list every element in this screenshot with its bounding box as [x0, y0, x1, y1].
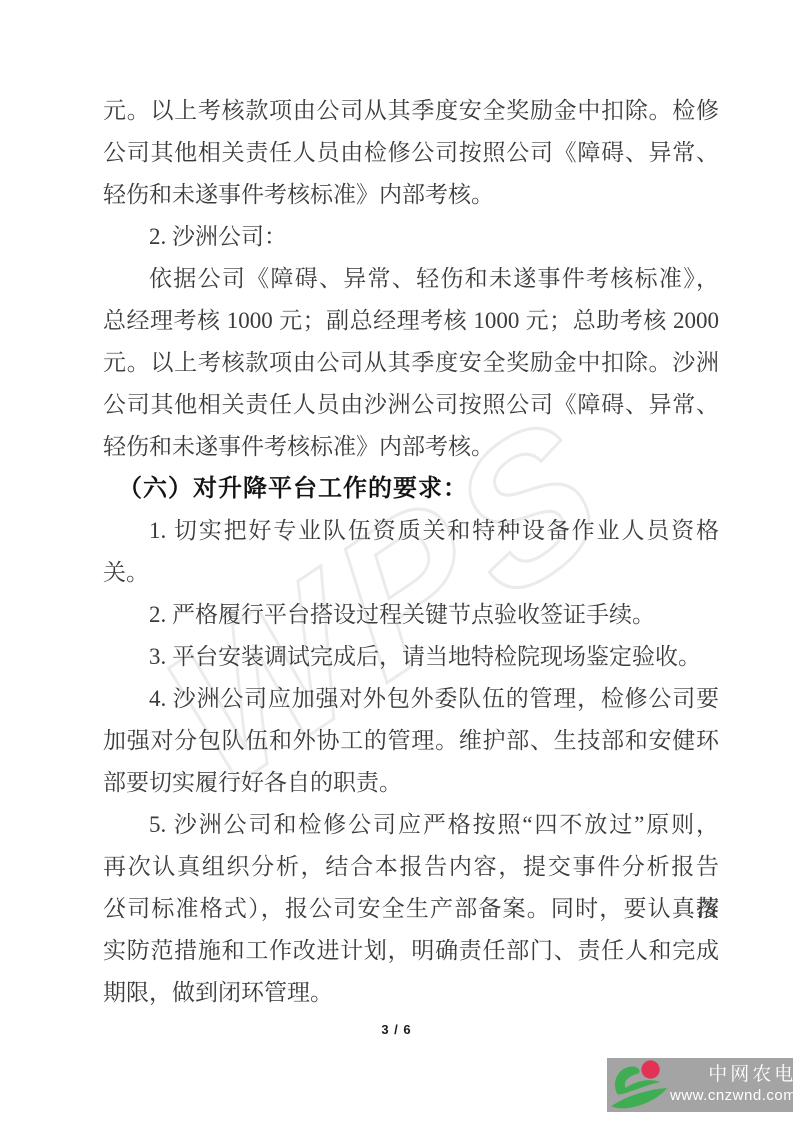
text-line: 公司其他相关责任人员由沙洲公司按照公司《障碍、异常、 [103, 384, 719, 426]
text-line: 轻伤和未遂事件考核标准》内部考核。 [103, 426, 719, 468]
text-line: 元。以上考核款项由公司从其季度安全奖励金中扣除。沙洲 [103, 342, 719, 384]
brand-watermark: 中网农电 www.cnzwnd.com [607, 1058, 793, 1112]
text-line: 2. 严格履行平台搭设过程关键节点验收签证手续。 [103, 594, 719, 636]
text-line: 轻伤和未遂事件考核标准》内部考核。 [103, 174, 719, 216]
text-line: 1. 切实把好专业队伍资质关和特种设备作业人员资格 [103, 510, 719, 552]
logo-dot [641, 1060, 659, 1078]
text-line: 加强对分包队伍和外协工的管理。维护部、生技部和安健环 [103, 720, 719, 762]
brand-url: www.cnzwnd.com [670, 1088, 793, 1105]
text-line: 4. 沙洲公司应加强对外包外委队伍的管理，检修公司要 [103, 678, 719, 720]
page-number: 3 / 6 [0, 1022, 793, 1037]
text-line: 2. 沙洲公司： [103, 216, 719, 258]
brand-name: 中网农电 [670, 1065, 793, 1086]
text-line: 3. 平台安装调试完成后，请当地特检院现场鉴定验收。 [103, 636, 719, 678]
text-line: 公司标准格式），报公司安全生产部备案。同时，要认真落 [103, 888, 719, 930]
document-page: WPS 元。以上考核款项由公司从其季度安全奖励金中扣除。检修公司其他相关责任人员… [0, 0, 793, 1122]
text-line: 实防范措施和工作改进计划，明确责任部门、责任人和完成 [103, 930, 719, 972]
text-line: 部要切实履行好各自的职责。 [103, 762, 719, 804]
text-line: 依据公司《障碍、异常、轻伤和未遂事件考核标准》， [103, 258, 719, 300]
document-body: 元。以上考核款项由公司从其季度安全奖励金中扣除。检修公司其他相关责任人员由检修公… [103, 90, 719, 1014]
section-heading: （六）对升降平台工作的要求： [103, 468, 719, 510]
text-line: 期限，做到闭环管理。 [103, 972, 719, 1014]
text-line: 再次认真组织分析，结合本报告内容，提交事件分析报告（按 [103, 846, 719, 888]
brand-logo-icon [608, 1058, 670, 1112]
text-line: 关。 [103, 552, 719, 594]
text-line: 元。以上考核款项由公司从其季度安全奖励金中扣除。检修 [103, 90, 719, 132]
text-line: 总经理考核 1000 元；副总经理考核 1000 元；总助考核 2000 [103, 300, 719, 342]
brand-text: 中网农电 www.cnzwnd.com [670, 1065, 793, 1104]
text-line: 5. 沙洲公司和检修公司应严格按照“四不放过”原则， [103, 804, 719, 846]
text-line: 公司其他相关责任人员由检修公司按照公司《障碍、异常、 [103, 132, 719, 174]
